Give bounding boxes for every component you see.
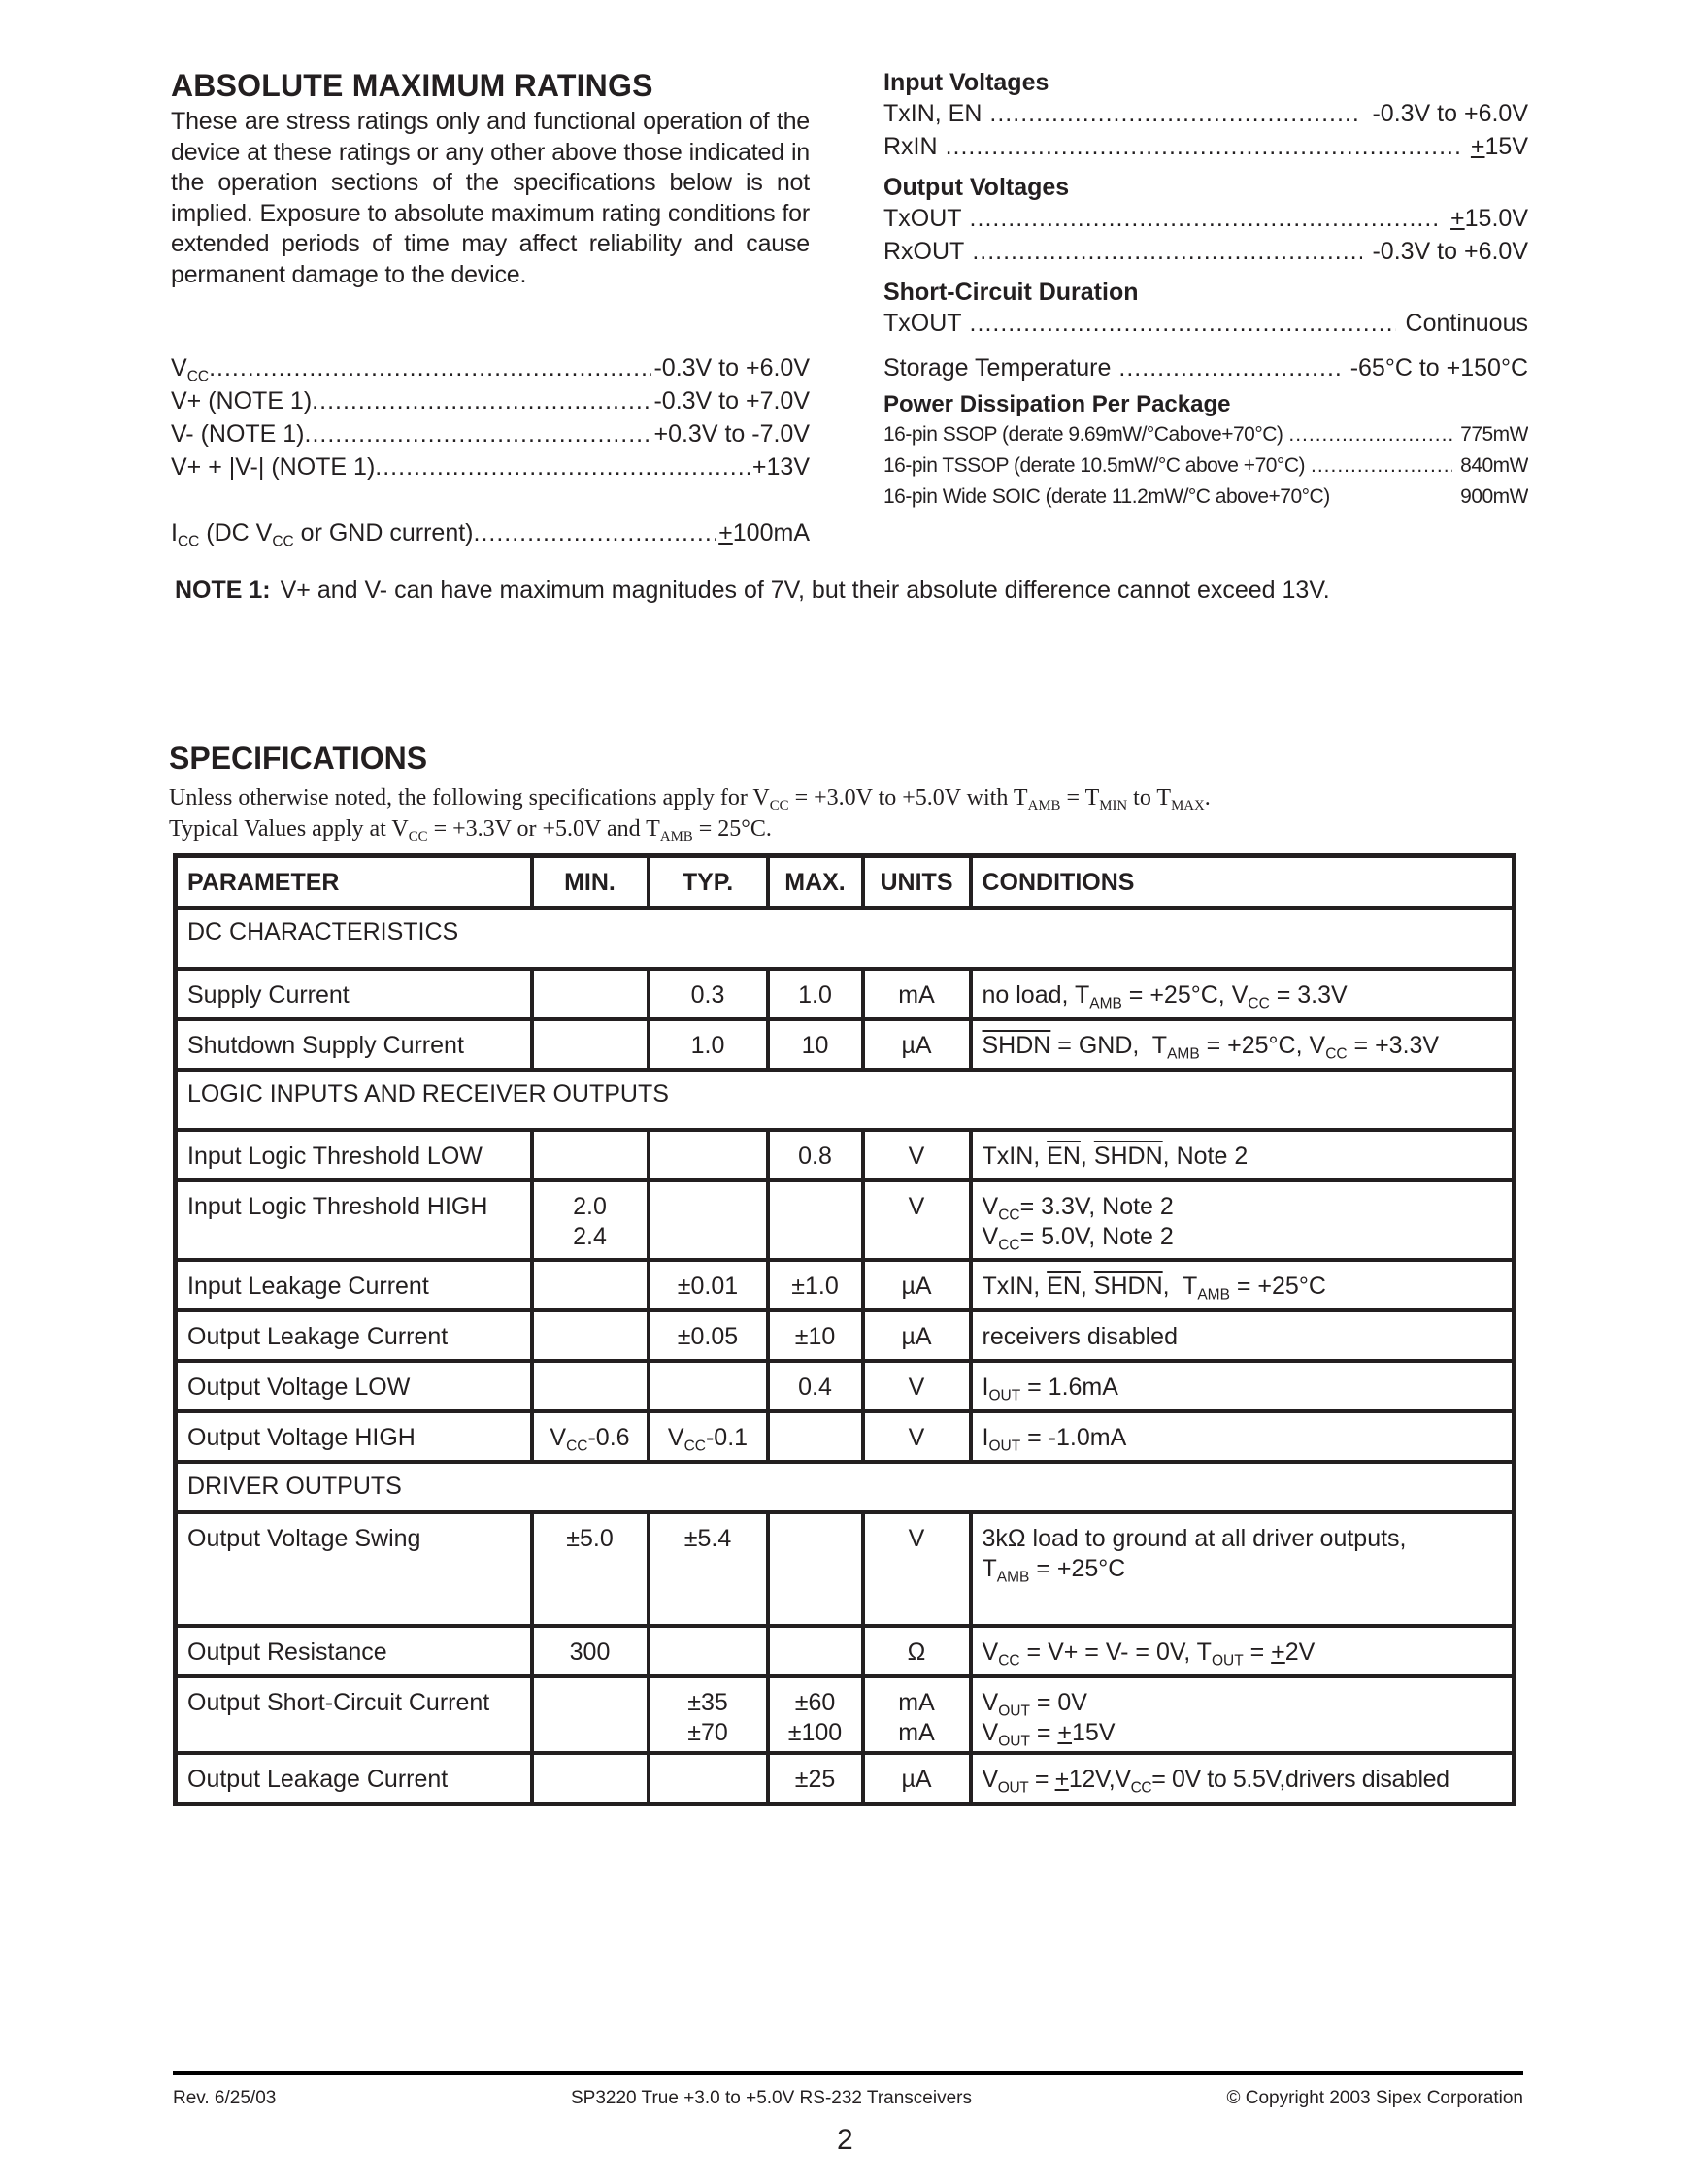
- conditions-cell: VCC = V+ = V- = 0V, TOUT = +2V: [971, 1626, 1515, 1676]
- power-ssop: 16-pin SSOP (derate 9.69mW/°Cabove+70°C)…: [883, 419, 1528, 450]
- rating-txout: TxOUT +15.0V: [883, 202, 1528, 235]
- footer-product-title: SP3220 True +3.0 to +5.0V RS-232 Transce…: [571, 2088, 972, 2109]
- table-row: Output Leakage Current ±0.05 ±10 µA rece…: [176, 1310, 1515, 1361]
- output-voltages-heading: Output Voltages: [883, 173, 1528, 202]
- leader-dots: [474, 516, 717, 549]
- rating-storage-temperature: Storage Temperature -65°C to +150°C: [883, 351, 1528, 384]
- specifications-table: PARAMETER MIN. TYP. MAX. UNITS CONDITION…: [173, 853, 1516, 1806]
- leader-dots: [1311, 450, 1452, 481]
- absolute-maximum-ratings-title: ABSOLUTE MAXIMUM RATINGS: [171, 68, 653, 104]
- table-row: Supply Current 0.3 1.0 mA no load, TAMB …: [176, 969, 1515, 1019]
- conditions-cell: TxIN, EN, SHDN, TAMB = +25°C: [971, 1260, 1515, 1310]
- rating-vplus: V+ (NOTE 1) -0.3V to +7.0V: [171, 384, 810, 417]
- leader-dots: [972, 235, 1362, 268]
- footer-revision: Rev. 6/25/03: [173, 2088, 276, 2109]
- leader-dots: [970, 307, 1396, 340]
- section-row: DRIVER OUTPUTS: [176, 1462, 1515, 1512]
- page-number: 2: [837, 2124, 853, 2157]
- leader-dots: [1288, 419, 1452, 450]
- leader-dots: [375, 450, 750, 483]
- specifications-intro: Unless otherwise noted, the following sp…: [169, 782, 1211, 844]
- supply-ratings-list: VCC -0.3V to +6.0V V+ (NOTE 1) -0.3V to …: [171, 351, 810, 483]
- power-wide-soic: 16-pin Wide SOIC (derate 11.2mW/°C above…: [883, 481, 1528, 513]
- footer-copyright: © Copyright 2003 Sipex Corporation: [1226, 2088, 1523, 2109]
- table-row: Shutdown Supply Current 1.0 10 µA SHDN =…: [176, 1019, 1515, 1070]
- note-1: NOTE 1:V+ and V- can have maximum magnit…: [175, 577, 1330, 605]
- header-typ: TYP.: [649, 856, 768, 908]
- table-row: Input Logic Threshold HIGH 2.02.4 V VCC=…: [176, 1180, 1515, 1260]
- table-row: Output Resistance 300 Ω VCC = V+ = V- = …: [176, 1626, 1515, 1676]
- conditions-cell: SHDN = GND, TAMB = +25°C, VCC = +3.3V: [971, 1019, 1515, 1070]
- conditions-cell: 3kΩ load to ground at all driver outputs…: [971, 1512, 1515, 1626]
- section-logic-inputs: LOGIC INPUTS AND RECEIVER OUTPUTS: [176, 1070, 1515, 1130]
- rating-short-circuit-txout: TxOUT Continuous: [883, 307, 1528, 340]
- rating-vcc: VCC -0.3V to +6.0V: [171, 351, 810, 384]
- leader-dots: [1118, 351, 1340, 384]
- table-row: Output Leakage Current ±25 µA VOUT = +12…: [176, 1753, 1515, 1804]
- rating-vplus-vminus: V+ + |V-| (NOTE 1) +13V: [171, 450, 810, 483]
- header-max: MAX.: [768, 856, 863, 908]
- table-row: Input Leakage Current ±0.01 ±1.0 µA TxIN…: [176, 1260, 1515, 1310]
- table-row: Output Voltage HIGH VCC-0.6 VCC-0.1 V IO…: [176, 1411, 1515, 1462]
- table-row: Input Logic Threshold LOW 0.8 V TxIN, EN…: [176, 1130, 1515, 1180]
- conditions-cell: VCC= 3.3V, Note 2VCC= 5.0V, Note 2: [971, 1180, 1515, 1260]
- section-row: LOGIC INPUTS AND RECEIVER OUTPUTS: [176, 1070, 1515, 1130]
- power-dissipation-heading: Power Dissipation Per Package: [883, 390, 1528, 419]
- conditions-cell: VOUT = +12V,VCC= 0V to 5.5V,drivers disa…: [971, 1753, 1515, 1804]
- specifications-title: SPECIFICATIONS: [169, 741, 427, 777]
- table-row: Output Short-Circuit Current ±35±70 ±60±…: [176, 1676, 1515, 1753]
- footer-divider: [173, 2071, 1523, 2075]
- rating-vminus: V- (NOTE 1) +0.3V to -7.0V: [171, 417, 810, 450]
- conditions-cell: TxIN, EN, SHDN, Note 2: [971, 1130, 1515, 1180]
- short-circuit-heading: Short-Circuit Duration: [883, 278, 1528, 307]
- table-row: Output Voltage Swing ±5.0 ±5.4 V 3kΩ loa…: [176, 1512, 1515, 1626]
- conditions-cell: IOUT = 1.6mA: [971, 1361, 1515, 1411]
- leader-dots: [312, 384, 651, 417]
- input-voltages-heading: Input Voltages: [883, 68, 1528, 97]
- conditions-cell: VOUT = 0VVOUT = +15V: [971, 1676, 1515, 1753]
- leader-dots: [209, 351, 651, 384]
- header-min: MIN.: [532, 856, 649, 908]
- rating-rxout: RxOUT -0.3V to +6.0V: [883, 235, 1528, 268]
- section-row: DC CHARACTERISTICS: [176, 908, 1515, 969]
- table-header-row: PARAMETER MIN. TYP. MAX. UNITS CONDITION…: [176, 856, 1515, 908]
- leader-dots: [989, 97, 1362, 130]
- leader-dots: [305, 417, 652, 450]
- conditions-cell: IOUT = -1.0mA: [971, 1411, 1515, 1462]
- header-units: UNITS: [863, 856, 971, 908]
- table-row: Output Voltage LOW 0.4 V IOUT = 1.6mA: [176, 1361, 1515, 1411]
- conditions-cell: no load, TAMB = +25°C, VCC = 3.3V: [971, 969, 1515, 1019]
- section-driver-outputs: DRIVER OUTPUTS: [176, 1462, 1515, 1512]
- rating-rxin: RxIN +15V: [883, 130, 1528, 163]
- rating-txin-en: TxIN, EN -0.3V to +6.0V: [883, 97, 1528, 130]
- section-dc-characteristics: DC CHARACTERISTICS: [176, 908, 1515, 969]
- leader-dots: [970, 202, 1442, 235]
- rating-icc: ICC (DC VCC or GND current) +100mA: [171, 516, 810, 549]
- ratings-right-column: Input Voltages TxIN, EN -0.3V to +6.0V R…: [883, 68, 1528, 513]
- header-parameter: PARAMETER: [176, 856, 532, 908]
- conditions-cell: receivers disabled: [971, 1310, 1515, 1361]
- power-tssop: 16-pin TSSOP (derate 10.5mW/°C above +70…: [883, 450, 1528, 481]
- absolute-maximum-ratings-intro: These are stress ratings only and functi…: [171, 107, 810, 290]
- leader-dots: [946, 130, 1461, 163]
- header-conditions: CONDITIONS: [971, 856, 1515, 908]
